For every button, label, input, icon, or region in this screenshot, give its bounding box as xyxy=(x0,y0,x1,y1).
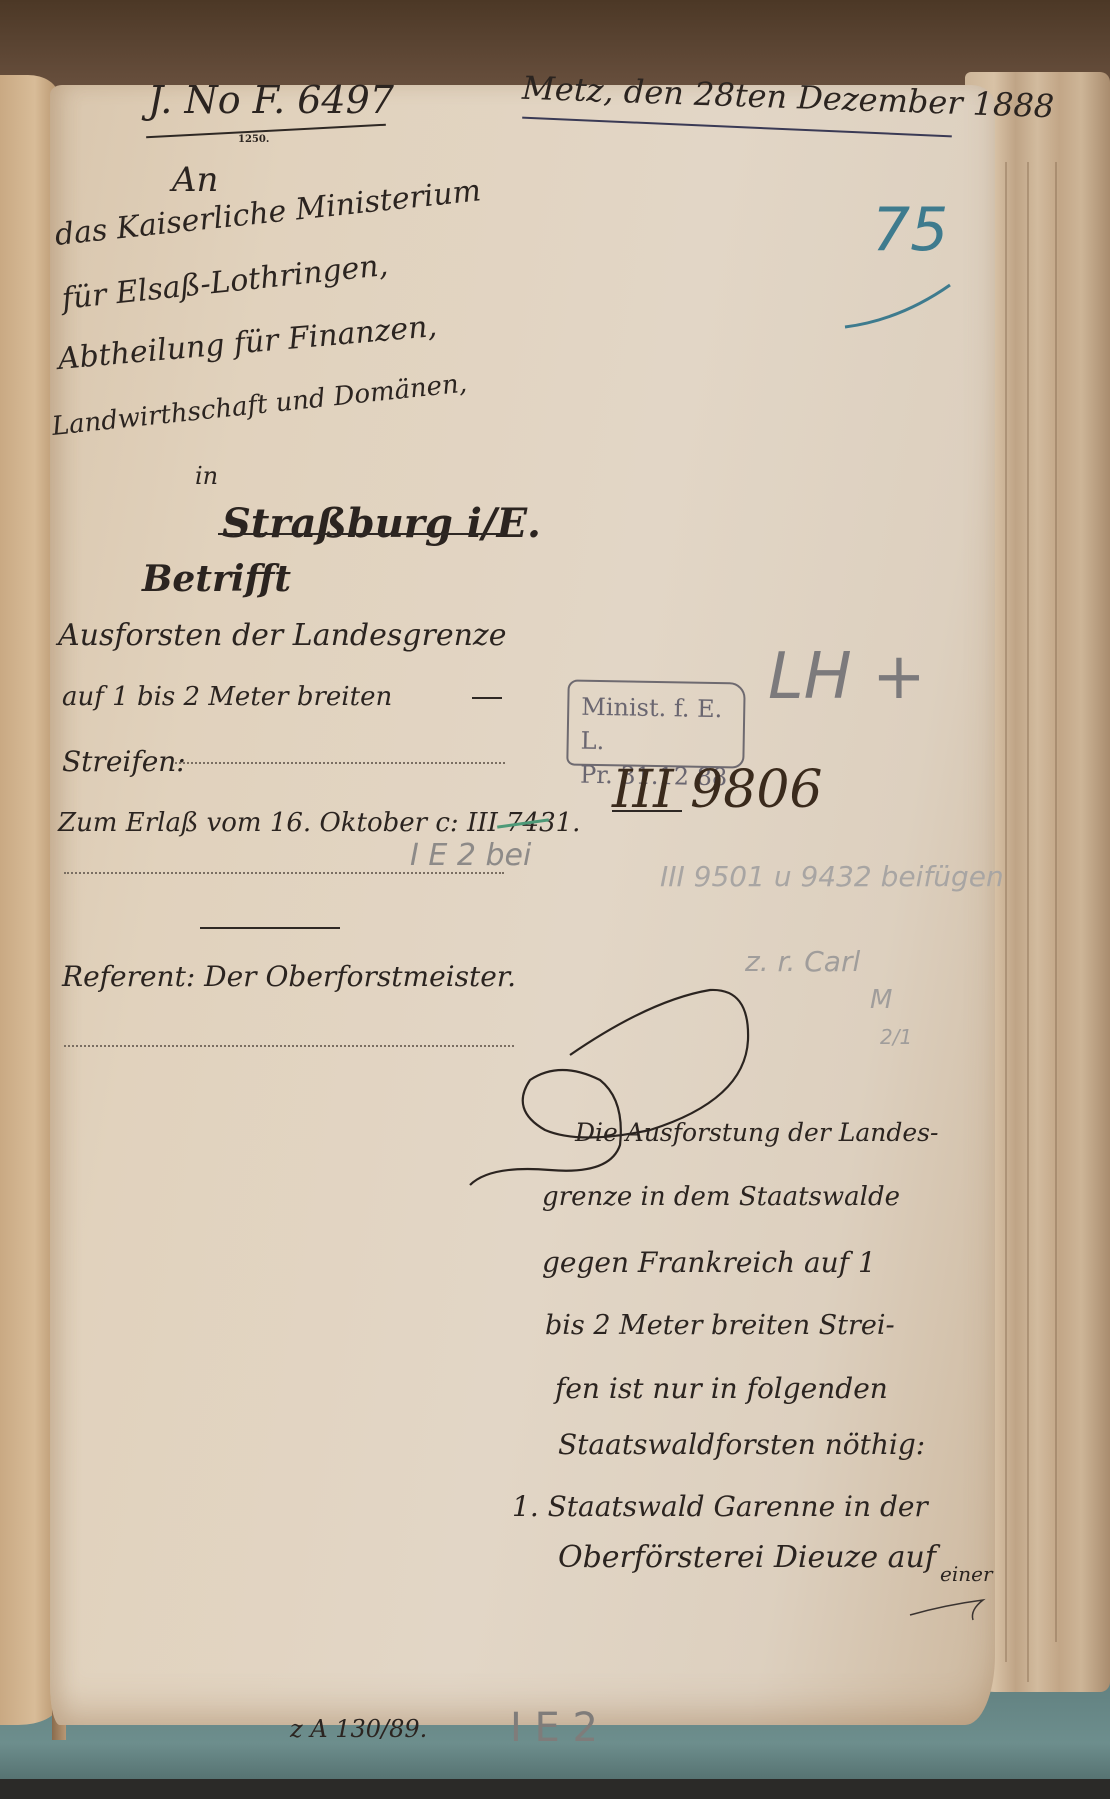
catchword: einer xyxy=(940,1562,993,1586)
body-line-5: fen ist nur in folgenden xyxy=(555,1372,888,1405)
body-line-3: gegen Frankreich auf 1 xyxy=(542,1246,876,1279)
body-line-6: Staatswaldforsten nöthig: xyxy=(558,1428,925,1461)
subject-line-dash xyxy=(472,697,502,699)
blue-pencil-number: 75 xyxy=(872,195,948,265)
location-prefix: in xyxy=(195,462,218,490)
body-line-2: grenze in dem Staatswalde xyxy=(542,1182,900,1212)
salutation: An xyxy=(172,160,218,200)
registry-underline xyxy=(612,810,682,812)
receipt-stamp: Minist. f. E. L. Pr. 31.12 88 xyxy=(566,679,745,768)
table-edge xyxy=(0,1779,1110,1799)
blue-pencil-underline xyxy=(840,275,960,335)
pencil-annotation-3: M xyxy=(870,985,892,1015)
pencil-annotation-1: III 9501 u 9432 beifügen xyxy=(660,860,1004,893)
form-code: 1250. xyxy=(238,134,269,145)
archive-note: z A 130/89. xyxy=(290,1715,427,1743)
subject-pencil-note: I E 2 bei xyxy=(410,838,531,873)
page-edge-line xyxy=(1027,162,1029,1682)
subject-label: Betrifft xyxy=(142,558,291,600)
subject-line-2: auf 1 bis 2 Meter breiten xyxy=(62,682,392,712)
dotted-fill-line xyxy=(64,1045,514,1047)
body-line-8: Oberförsterei Dieuze auf xyxy=(558,1540,936,1575)
destination-city: Straßburg i/E. xyxy=(222,500,541,547)
referent-line: Referent: Der Oberforstmeister. xyxy=(62,960,516,993)
catchword-flourish xyxy=(905,1590,995,1630)
body-line-4: bis 2 Meter breiten Strei- xyxy=(545,1310,895,1341)
reference-decree: Zum Erlaß vom 16. Oktober c: III 7431. xyxy=(58,808,580,838)
section-divider xyxy=(200,927,340,929)
page-edge-line xyxy=(1055,162,1057,1642)
pencil-initials: LH + xyxy=(768,640,926,714)
city-underline xyxy=(218,533,503,535)
dotted-fill-line xyxy=(64,872,504,874)
subject-line-3: Streifen: xyxy=(62,745,186,778)
pencil-annotation-4: 2/1 xyxy=(880,1025,912,1049)
subject-line-1: Ausforsten der Landesgrenze xyxy=(58,618,506,653)
stamp-line-1: Minist. f. E. L. xyxy=(580,690,743,761)
initial-letter-flourish xyxy=(450,960,770,1200)
page-edge-line xyxy=(1005,162,1007,1662)
body-line-7: 1. Staatswald Garenne in der xyxy=(512,1490,928,1523)
file-number: J. No F. 6497 xyxy=(148,78,394,122)
bottom-pencil-note: I E 2 xyxy=(510,1705,598,1751)
body-line-1: Die Ausforstung der Landes- xyxy=(575,1118,938,1147)
dotted-fill-line xyxy=(175,762,505,764)
